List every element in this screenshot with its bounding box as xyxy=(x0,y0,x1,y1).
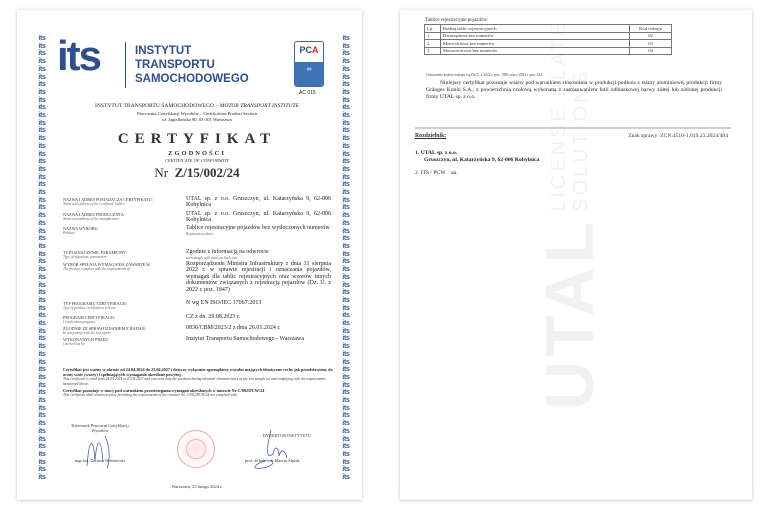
its-mark: its xyxy=(342,120,349,128)
its-logo: its xyxy=(57,36,100,76)
its-mark: its xyxy=(38,74,45,82)
its-mark: its xyxy=(38,382,45,390)
signatory-left-name: mgr inż. Dariusz Wiśniewski xyxy=(75,458,125,463)
its-mark: its xyxy=(38,428,45,436)
its-mark: its xyxy=(38,235,45,243)
field-label: TYP PROGRAMU CERTYFIKACJI:Type of produc… xyxy=(63,301,173,311)
its-mark: its xyxy=(38,343,45,351)
its-mark: its xyxy=(342,189,349,197)
its-mark: its xyxy=(342,366,349,374)
its-mark: its xyxy=(342,212,349,220)
institute-section: Pracownia Certyfikacji Wyrobów – Certifi… xyxy=(57,111,337,116)
its-mark: its xyxy=(38,335,45,343)
its-mark: its xyxy=(342,89,349,97)
its-mark: its xyxy=(342,359,349,367)
field-label: NAZWA WYROBU:Product: xyxy=(63,226,173,236)
signatory-right-name: prof. dr hab. inż. Marcin Ślęzak xyxy=(245,458,300,463)
its-mark: its xyxy=(342,135,349,143)
its-mark: its xyxy=(38,228,45,236)
its-mark: its xyxy=(342,66,349,74)
its-mark: its xyxy=(342,151,349,159)
certification-rings-icon: ∞ xyxy=(295,62,323,87)
its-mark: its xyxy=(38,50,45,58)
its-mark: its xyxy=(342,158,349,166)
distribution-list: 1. UTAL sp. z o.o. Gruszczyn, ul. Katarz… xyxy=(415,150,539,177)
field-label: NAZWA I ADRES PRODUCENTA:Name and addres… xyxy=(63,212,173,222)
certificate-page-front: itsitsitsitsitsitsitsitsitsitsitsitsitsi… xyxy=(17,10,362,500)
issue-place-date: Warszawa, 23 lutego 2024 r. xyxy=(57,484,337,489)
its-mark: its xyxy=(38,466,45,474)
its-mark: its xyxy=(38,220,45,228)
its-mark: its xyxy=(342,235,349,243)
its-mark: its xyxy=(342,58,349,66)
field-value: Rozporządzenie Ministra Infrastruktury z… xyxy=(186,261,331,293)
field-value: Tablice rejestracyjne pojazdów bez wytło… xyxy=(186,225,331,238)
its-mark: its xyxy=(342,112,349,120)
its-mark: its xyxy=(342,382,349,390)
its-mark: its xyxy=(342,74,349,82)
its-mark: its xyxy=(38,143,45,151)
its-mark: its xyxy=(38,58,45,66)
its-side-strip-right: itsitsitsitsitsitsitsitsitsitsitsitsitsi… xyxy=(339,35,353,482)
its-mark: its xyxy=(342,204,349,212)
its-mark: its xyxy=(342,466,349,474)
its-mark: its xyxy=(38,312,45,320)
certificate-title: CERTYFIKAT xyxy=(57,131,337,148)
its-mark: its xyxy=(38,305,45,313)
its-mark: its xyxy=(38,374,45,382)
its-mark: its xyxy=(38,436,45,444)
its-mark: its xyxy=(38,359,45,367)
its-mark: its xyxy=(342,282,349,290)
field-label: WYRÓB SPEŁNIA WYMAGANIA ZAWARTE W:The pr… xyxy=(63,262,173,272)
its-mark: its xyxy=(342,328,349,336)
logo-divider xyxy=(125,42,126,88)
its-mark: its xyxy=(38,89,45,97)
its-mark: its xyxy=(342,97,349,105)
its-mark: its xyxy=(38,197,45,205)
its-mark: its xyxy=(342,228,349,236)
its-mark: its xyxy=(38,459,45,467)
official-seal xyxy=(177,430,215,468)
its-mark: its xyxy=(38,104,45,112)
certificate-subtitle-en: CERTIFICATE OF CONFORMITY xyxy=(57,158,337,163)
its-mark: its xyxy=(342,104,349,112)
its-mark: its xyxy=(342,374,349,382)
its-mark: its xyxy=(38,97,45,105)
field-value: 0836/CBM/2023/2 z dnia 26.01.2024 r. xyxy=(186,325,331,331)
its-mark: its xyxy=(38,112,45,120)
its-mark: its xyxy=(38,389,45,397)
its-mark: its xyxy=(342,289,349,297)
its-mark: its xyxy=(38,451,45,459)
its-mark: its xyxy=(342,243,349,251)
field-label: TYP/OZNACZENIE, PARAMETRY:Type, designat… xyxy=(63,250,173,260)
its-mark: its xyxy=(38,297,45,305)
table-row: 1.Dwurzędowa bez numerów02 xyxy=(425,32,672,40)
field-label: PROGRAM CERTYFIKACJI:Certification progr… xyxy=(63,315,173,325)
its-mark: its xyxy=(342,197,349,205)
its-mark: its xyxy=(38,266,45,274)
its-mark: its xyxy=(342,474,349,482)
its-mark: its xyxy=(38,351,45,359)
field-value: N wg EN ISO/IEC 17067:2013 xyxy=(186,300,331,306)
institute-title: INSTYTUT TRANSPORTU SAMOCHODOWEGO – MOTO… xyxy=(57,103,337,109)
its-mark: its xyxy=(38,274,45,282)
its-mark: its xyxy=(342,428,349,436)
institute-address: ul. Jagiellońska 80, 03-301 Warszawa xyxy=(57,117,337,122)
its-mark: its xyxy=(38,243,45,251)
its-mark: its xyxy=(342,351,349,359)
its-mark: its xyxy=(342,297,349,305)
its-mark: its xyxy=(342,412,349,420)
its-mark: its xyxy=(342,143,349,151)
field-label: WYKONANYCH PRZEZ:Carried out by: xyxy=(63,337,173,347)
its-mark: its xyxy=(38,258,45,266)
its-mark: its xyxy=(38,212,45,220)
field-value: CZ z dn. 29.08.2023 r. xyxy=(186,314,331,320)
its-mark: its xyxy=(38,181,45,189)
its-mark: its xyxy=(38,35,45,43)
signature-right xyxy=(245,426,295,472)
its-mark: its xyxy=(38,135,45,143)
its-mark: its xyxy=(342,443,349,451)
its-mark: its xyxy=(342,220,349,228)
its-mark: its xyxy=(38,189,45,197)
its-mark: its xyxy=(38,282,45,290)
its-mark: its xyxy=(38,289,45,297)
eagle-emblem-icon xyxy=(186,439,206,459)
its-mark: its xyxy=(38,166,45,174)
table-row: 3.Motorowerowa bez numerów04 xyxy=(425,47,672,55)
its-mark: its xyxy=(38,251,45,259)
table-header-row: Lp. Rodzaj tablic rejestracyjnych Kod ro… xyxy=(425,25,672,33)
its-mark: its xyxy=(342,35,349,43)
its-mark: its xyxy=(38,43,45,51)
plates-table: Lp. Rodzaj tablic rejestracyjnych Kod ro… xyxy=(424,24,672,55)
its-mark: its xyxy=(38,66,45,74)
accreditation-code: AC 015 xyxy=(299,90,316,96)
validity-statement: Certyfikat jest ważny w okresie od 24.04… xyxy=(63,367,337,387)
its-mark: its xyxy=(342,181,349,189)
field-value: UTAL sp. z o.o. Gruszczyn, ul. Katarzyńs… xyxy=(186,211,331,224)
its-mark: its xyxy=(342,436,349,444)
list-item: 1. UTAL sp. z o.o. Gruszczyn, ul. Katarz… xyxy=(415,150,539,164)
institute-logo-name: INSTYTUT TRANSPORTU SAMOCHODOWEGO xyxy=(135,44,249,86)
utal-watermark: UTAL LICENSE PLATESOLUTIONS xyxy=(540,20,600,410)
field-value: Zgodnie z informacją na odwrocieaccordin… xyxy=(186,249,331,262)
table-row: 2.Motocyklowa bez numerów03 xyxy=(425,40,672,48)
its-mark: its xyxy=(342,251,349,259)
certificate-page-back: UTAL LICENSE PLATESOLUTIONS Tablice reje… xyxy=(400,10,752,500)
its-mark: its xyxy=(38,127,45,135)
its-mark: its xyxy=(38,151,45,159)
validity-condition-paragraph: Niniejszy certyfikat pozostaje ważny pod… xyxy=(426,80,722,101)
its-mark: its xyxy=(38,474,45,482)
its-mark: its xyxy=(38,81,45,89)
its-mark: its xyxy=(342,305,349,313)
its-mark: its xyxy=(38,328,45,336)
contract-statement: Certyfikat pozostaje w mocy pod warunkie… xyxy=(63,388,337,398)
its-mark: its xyxy=(342,397,349,405)
its-mark: its xyxy=(342,166,349,174)
its-mark: its xyxy=(38,366,45,374)
its-mark: its xyxy=(342,343,349,351)
its-mark: its xyxy=(38,443,45,451)
its-mark: its xyxy=(38,204,45,212)
its-mark: its xyxy=(342,266,349,274)
pca-accreditation-badge: PCA ∞ xyxy=(294,41,324,87)
its-mark: its xyxy=(38,120,45,128)
field-value: UTAL sp. z o.o. Gruszczyn, ul. Katarzyńs… xyxy=(186,196,331,209)
distribution-label: Rozdzielnik: xyxy=(415,133,446,139)
its-mark: its xyxy=(38,405,45,413)
section-divider xyxy=(415,127,731,129)
its-mark: its xyxy=(38,174,45,182)
its-mark: its xyxy=(342,274,349,282)
its-mark: its xyxy=(38,420,45,428)
case-number: Znak sprawy: ZCN.4510-1.019.23.2024/404 xyxy=(628,133,728,139)
its-mark: its xyxy=(342,50,349,58)
its-mark: its xyxy=(342,312,349,320)
its-mark: its xyxy=(38,412,45,420)
its-mark: its xyxy=(342,258,349,266)
its-mark: its xyxy=(342,174,349,182)
its-mark: its xyxy=(342,389,349,397)
field-label: NAZWA I ADRES POSIADACZA CERTYFIKATU:Nam… xyxy=(63,197,173,207)
its-mark: its xyxy=(38,158,45,166)
its-mark: its xyxy=(38,397,45,405)
its-mark: its xyxy=(342,127,349,135)
list-item: 2. ITS / PCW aa. xyxy=(415,170,539,177)
field-value: Instytut Transportu Samochodowego - Wars… xyxy=(186,336,331,342)
its-mark: its xyxy=(342,451,349,459)
its-mark: its xyxy=(342,405,349,413)
its-mark: its xyxy=(342,320,349,328)
certificate-number: Nr Z/15/002/24 xyxy=(57,165,337,181)
its-mark: its xyxy=(342,335,349,343)
plates-table-caption: Tablice rejestracyjne pojazdów: xyxy=(425,18,489,23)
signature-left xyxy=(77,430,117,470)
field-label: ZGODNIE ZE SPRAWOZDANIEM Z BADAŃ:In conf… xyxy=(63,326,173,336)
table-note: Oznaczenie kodów rodzaju wg Dz.U. z 2022… xyxy=(426,73,542,77)
its-mark: its xyxy=(38,320,45,328)
its-mark: its xyxy=(342,420,349,428)
its-mark: its xyxy=(342,81,349,89)
its-side-strip-left: itsitsitsitsitsitsitsitsitsitsitsitsitsi… xyxy=(35,35,49,482)
its-mark: its xyxy=(342,43,349,51)
certificate-subtitle: ZGODNOŚCI xyxy=(57,150,337,157)
its-mark: its xyxy=(342,459,349,467)
